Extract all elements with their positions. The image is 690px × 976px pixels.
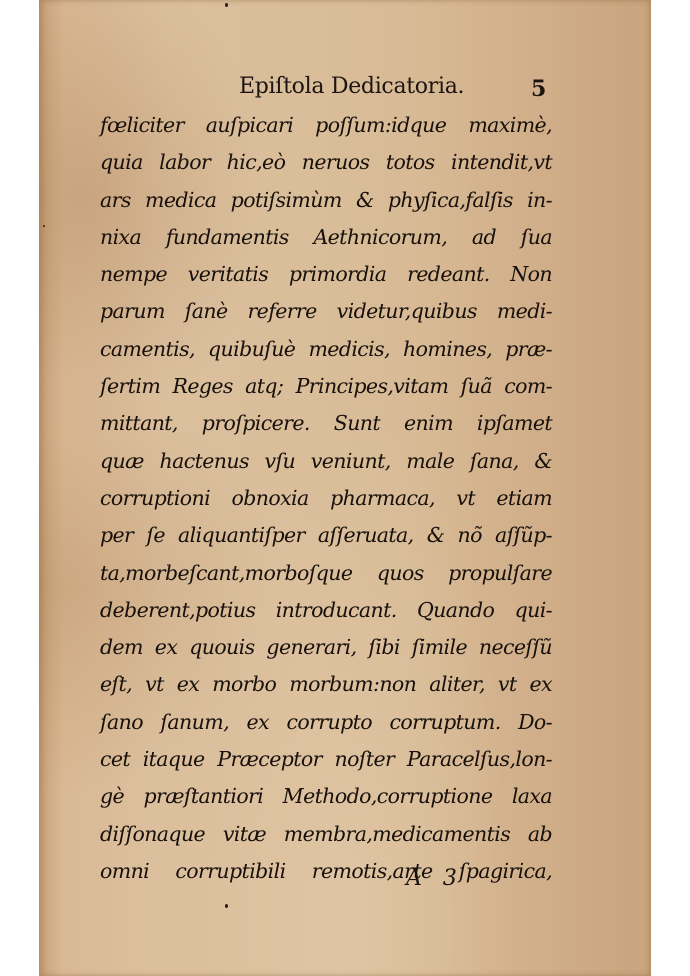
text-line: camentis, quibuſuè medicis, homines, præ… [100, 331, 552, 368]
text-line: ſertim Reges atq; Principes,vitam ſuã co… [100, 368, 552, 405]
text-line: fœliciter auſpicari poſſum:idque maximè, [100, 107, 552, 144]
text-line: per ſe aliquantiſper aſſeruata, & nõ aſſ… [100, 517, 552, 554]
text-line: ta,morbeſcant,morboſque quos propulſare [100, 555, 552, 592]
text-line: ſano ſanum, ex corrupto corruptum. Do- [100, 704, 552, 741]
paper-speck [225, 904, 228, 908]
text-line: quia labor hic,eò neruos totos intendit,… [100, 144, 552, 181]
text-line: gè præſtantiori Methodo,corruptione laxa [100, 778, 552, 815]
text-line: cet itaque Præceptor noſter Paracelſus,l… [100, 741, 552, 778]
page-number: 5 [531, 76, 546, 102]
book-page: Epiſtola Dedicatoria. 5 fœliciter auſpic… [39, 0, 651, 976]
signature-mark: A 3 [406, 866, 457, 891]
text-line: mittant, proſpicere. Sunt enim ipſamet [100, 405, 552, 442]
body-text: fœliciter auſpicari poſſum:idque maximè,… [100, 107, 552, 890]
text-line: ars medica potiſsimùm & phyſica,falſis i… [100, 182, 552, 219]
text-line: deberent,potius introducant. Quando qui- [100, 592, 552, 629]
paper-speck [43, 225, 45, 227]
text-line: parum ſanè referre videtur,quibus medi- [100, 293, 552, 330]
text-line: omni corruptibili remotis,arte ſpagirica… [100, 853, 552, 890]
text-line: quæ hactenus vſu veniunt, male ſana, & [100, 443, 552, 480]
text-line: eſt, vt ex morbo morbum:non aliter, vt e… [100, 666, 552, 703]
text-line: nempe veritatis primordia redeant. Non [100, 256, 552, 293]
text-line: nixa fundamentis Aethnicorum, ad ſua [100, 219, 552, 256]
text-line: corruptioni obnoxia pharmaca, vt etiam [100, 480, 552, 517]
running-header: Epiſtola Dedicatoria. [239, 74, 464, 99]
paper-speck [225, 3, 228, 7]
text-line: dem ex quouis generari, ſibi ſimile nece… [100, 629, 552, 666]
text-line: diſſonaque vitæ membra,medicamentis ab [100, 816, 552, 853]
